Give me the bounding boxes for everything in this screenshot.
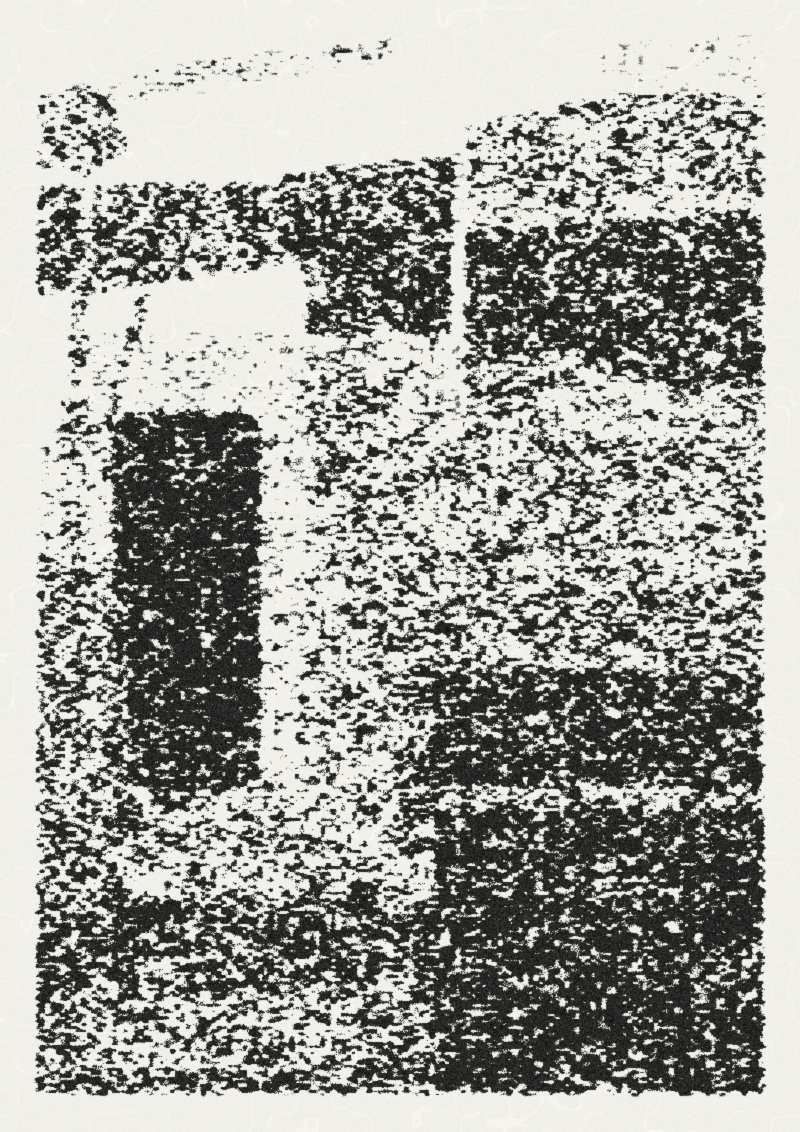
stipple-print: Grainy black-and-white stipple print: pa…: [0, 0, 800, 1132]
stipple-image: [0, 0, 800, 1132]
